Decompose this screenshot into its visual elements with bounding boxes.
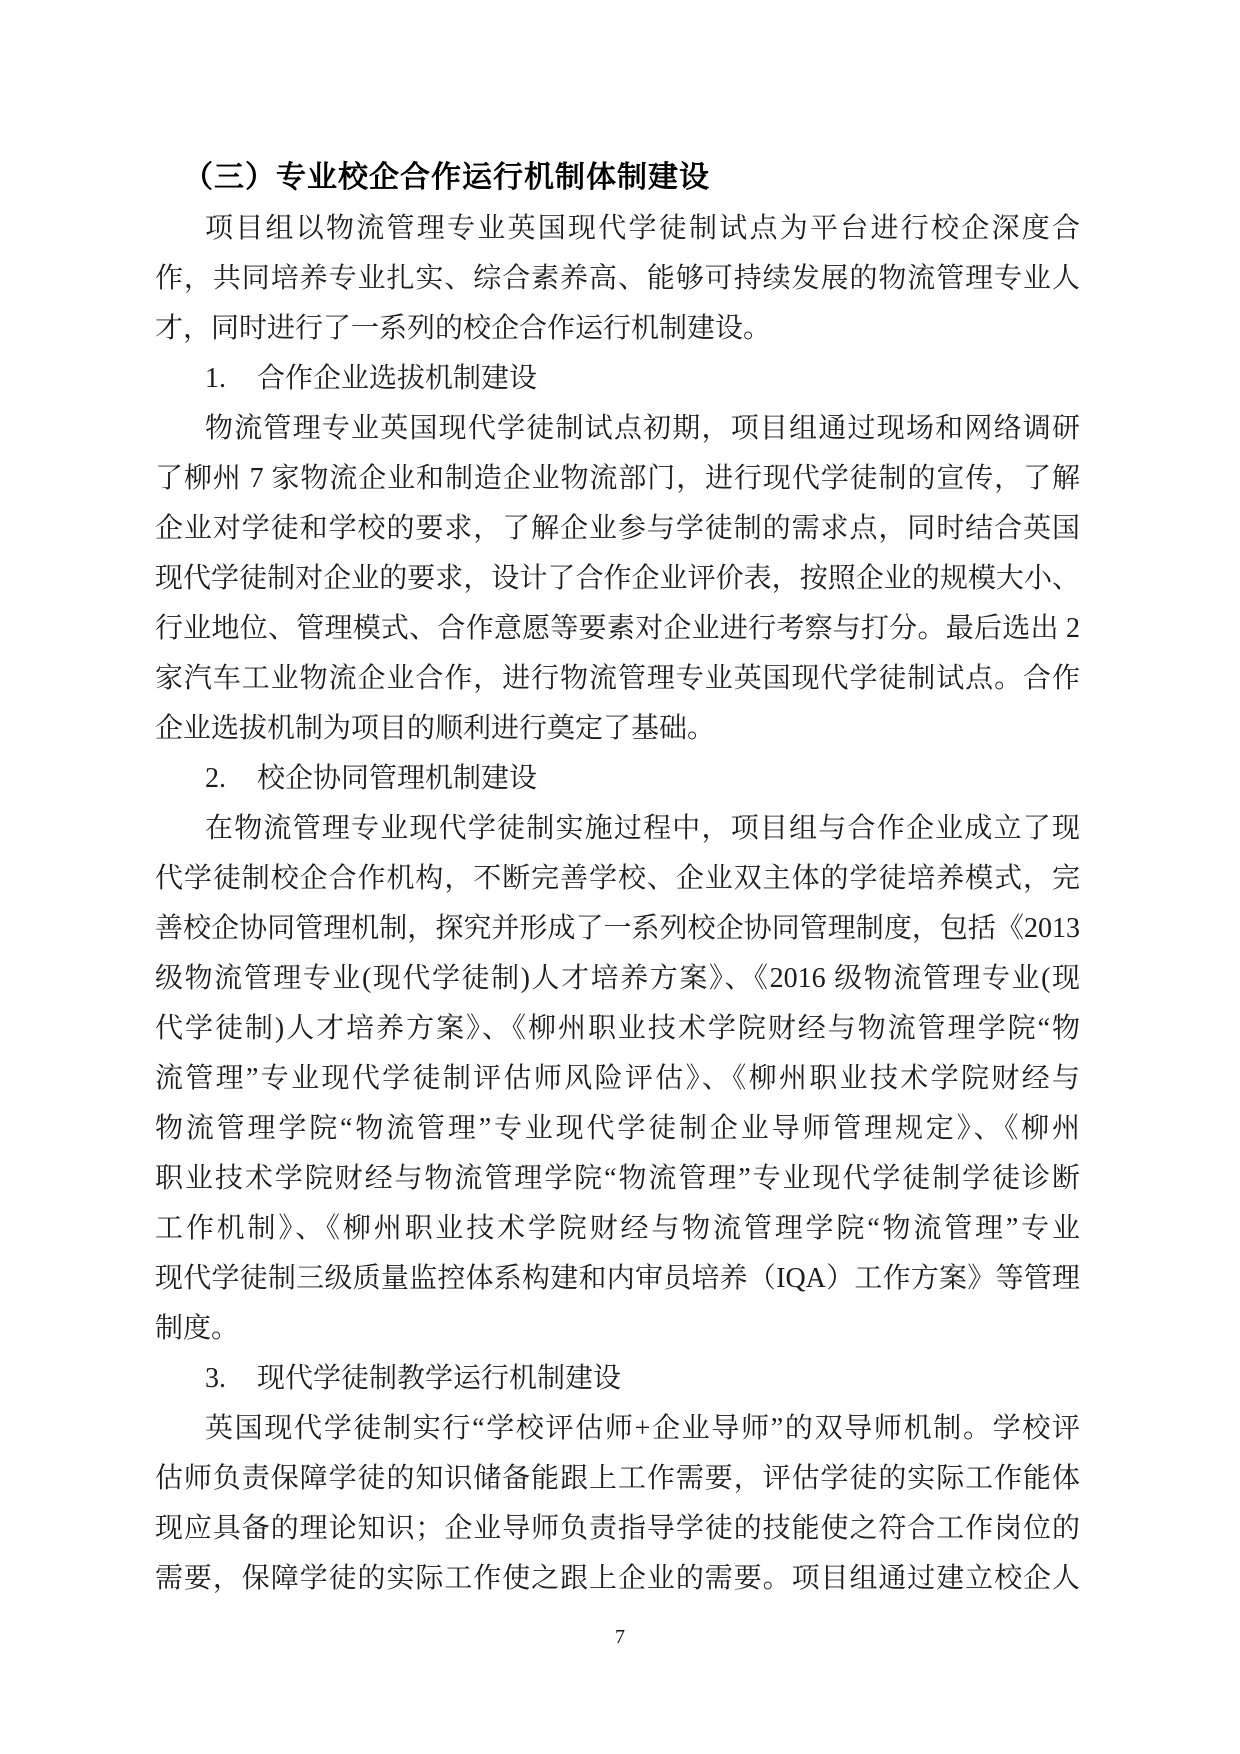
text-line: 代学徒制校企合作机构，不断完善学校、企业双主体的学徒培养模式，完: [155, 854, 1080, 904]
text-line: 现应具备的理论知识；企业导师负责指导学徒的技能使之符合工作岗位的: [155, 1504, 1080, 1554]
text-line: 级物流管理专业(现代学徒制)人才培养方案》、《2016 级物流管理专业(现: [155, 954, 1080, 1004]
text-line: 在物流管理专业现代学徒制实施过程中，项目组与合作企业成立了现: [155, 804, 1080, 854]
text-line: 作，共同培养专业扎实、综合素养高、能够可持续发展的物流管理专业人: [155, 254, 1080, 304]
section-title: （三）专业校企合作运行机制体制建设: [155, 152, 1080, 204]
document-content: （三）专业校企合作运行机制体制建设 项目组以物流管理专业英国现代学徒制试点为平台…: [155, 152, 1080, 1604]
heading-number: 1.: [205, 354, 257, 404]
text-line: 企业对学徒和学校的要求，了解企业参与学徒制的需求点，同时结合英国: [155, 504, 1080, 554]
heading-label: 校企协同管理机制建设: [257, 763, 537, 794]
page-number: 7: [0, 1624, 1240, 1650]
text-line: 流管理”专业现代学徒制评估师风险评估》、《柳州职业技术学院财经与: [155, 1054, 1080, 1104]
heading-line: 1.合作企业选拔机制建设: [155, 354, 1080, 404]
text-line: 工作机制》、《柳州职业技术学院财经与物流管理学院“物流管理”专业: [155, 1204, 1080, 1254]
text-line: 善校企协同管理机制，探究并形成了一系列校企协同管理制度，包括《2013: [155, 904, 1080, 954]
text-line: 需要，保障学徒的实际工作使之跟上企业的需要。项目组通过建立校企人: [155, 1554, 1080, 1604]
text-line: 现代学徒制对企业的要求，设计了合作企业评价表，按照企业的规模大小、: [155, 554, 1080, 604]
text-line: 才，同时进行了一系列的校企合作运行机制建设。: [155, 304, 1080, 354]
text-line: 职业技术学院财经与物流管理学院“物流管理”专业现代学徒制学徒诊断: [155, 1154, 1080, 1204]
heading-line: 2.校企协同管理机制建设: [155, 754, 1080, 804]
document-page: （三）专业校企合作运行机制体制建设 项目组以物流管理专业英国现代学徒制试点为平台…: [0, 0, 1240, 1754]
text-line: 英国现代学徒制实行“学校评估师+企业导师”的双导师机制。学校评: [155, 1404, 1080, 1454]
text-line: 制度。: [155, 1304, 1080, 1354]
text-line: 家汽车工业物流企业合作，进行物流管理专业英国现代学徒制试点。合作: [155, 654, 1080, 704]
heading-label: 合作企业选拔机制建设: [257, 363, 537, 394]
text-line: 代学徒制)人才培养方案》、《柳州职业技术学院财经与物流管理学院“物: [155, 1004, 1080, 1054]
document-body: 项目组以物流管理专业英国现代学徒制试点为平台进行校企深度合作，共同培养专业扎实、…: [155, 204, 1080, 1604]
text-line: 行业地位、管理模式、合作意愿等要素对企业进行考察与打分。最后选出 2: [155, 604, 1080, 654]
text-line: 项目组以物流管理专业英国现代学徒制试点为平台进行校企深度合: [155, 204, 1080, 254]
text-line: 物流管理学院“物流管理”专业现代学徒制企业导师管理规定》、《柳州: [155, 1104, 1080, 1154]
heading-label: 现代学徒制教学运行机制建设: [257, 1363, 621, 1394]
heading-number: 2.: [205, 754, 257, 804]
text-line: 估师负责保障学徒的知识储备能跟上工作需要，评估学徒的实际工作能体: [155, 1454, 1080, 1504]
heading-line: 3.现代学徒制教学运行机制建设: [155, 1354, 1080, 1404]
text-line: 物流管理专业英国现代学徒制试点初期，项目组通过现场和网络调研: [155, 404, 1080, 454]
heading-number: 3.: [205, 1354, 257, 1404]
text-line: 现代学徒制三级质量监控体系构建和内审员培养（IQA）工作方案》等管理: [155, 1254, 1080, 1304]
text-line: 企业选拔机制为项目的顺利进行奠定了基础。: [155, 704, 1080, 754]
text-line: 了柳州 7 家物流企业和制造企业物流部门，进行现代学徒制的宣传，了解: [155, 454, 1080, 504]
